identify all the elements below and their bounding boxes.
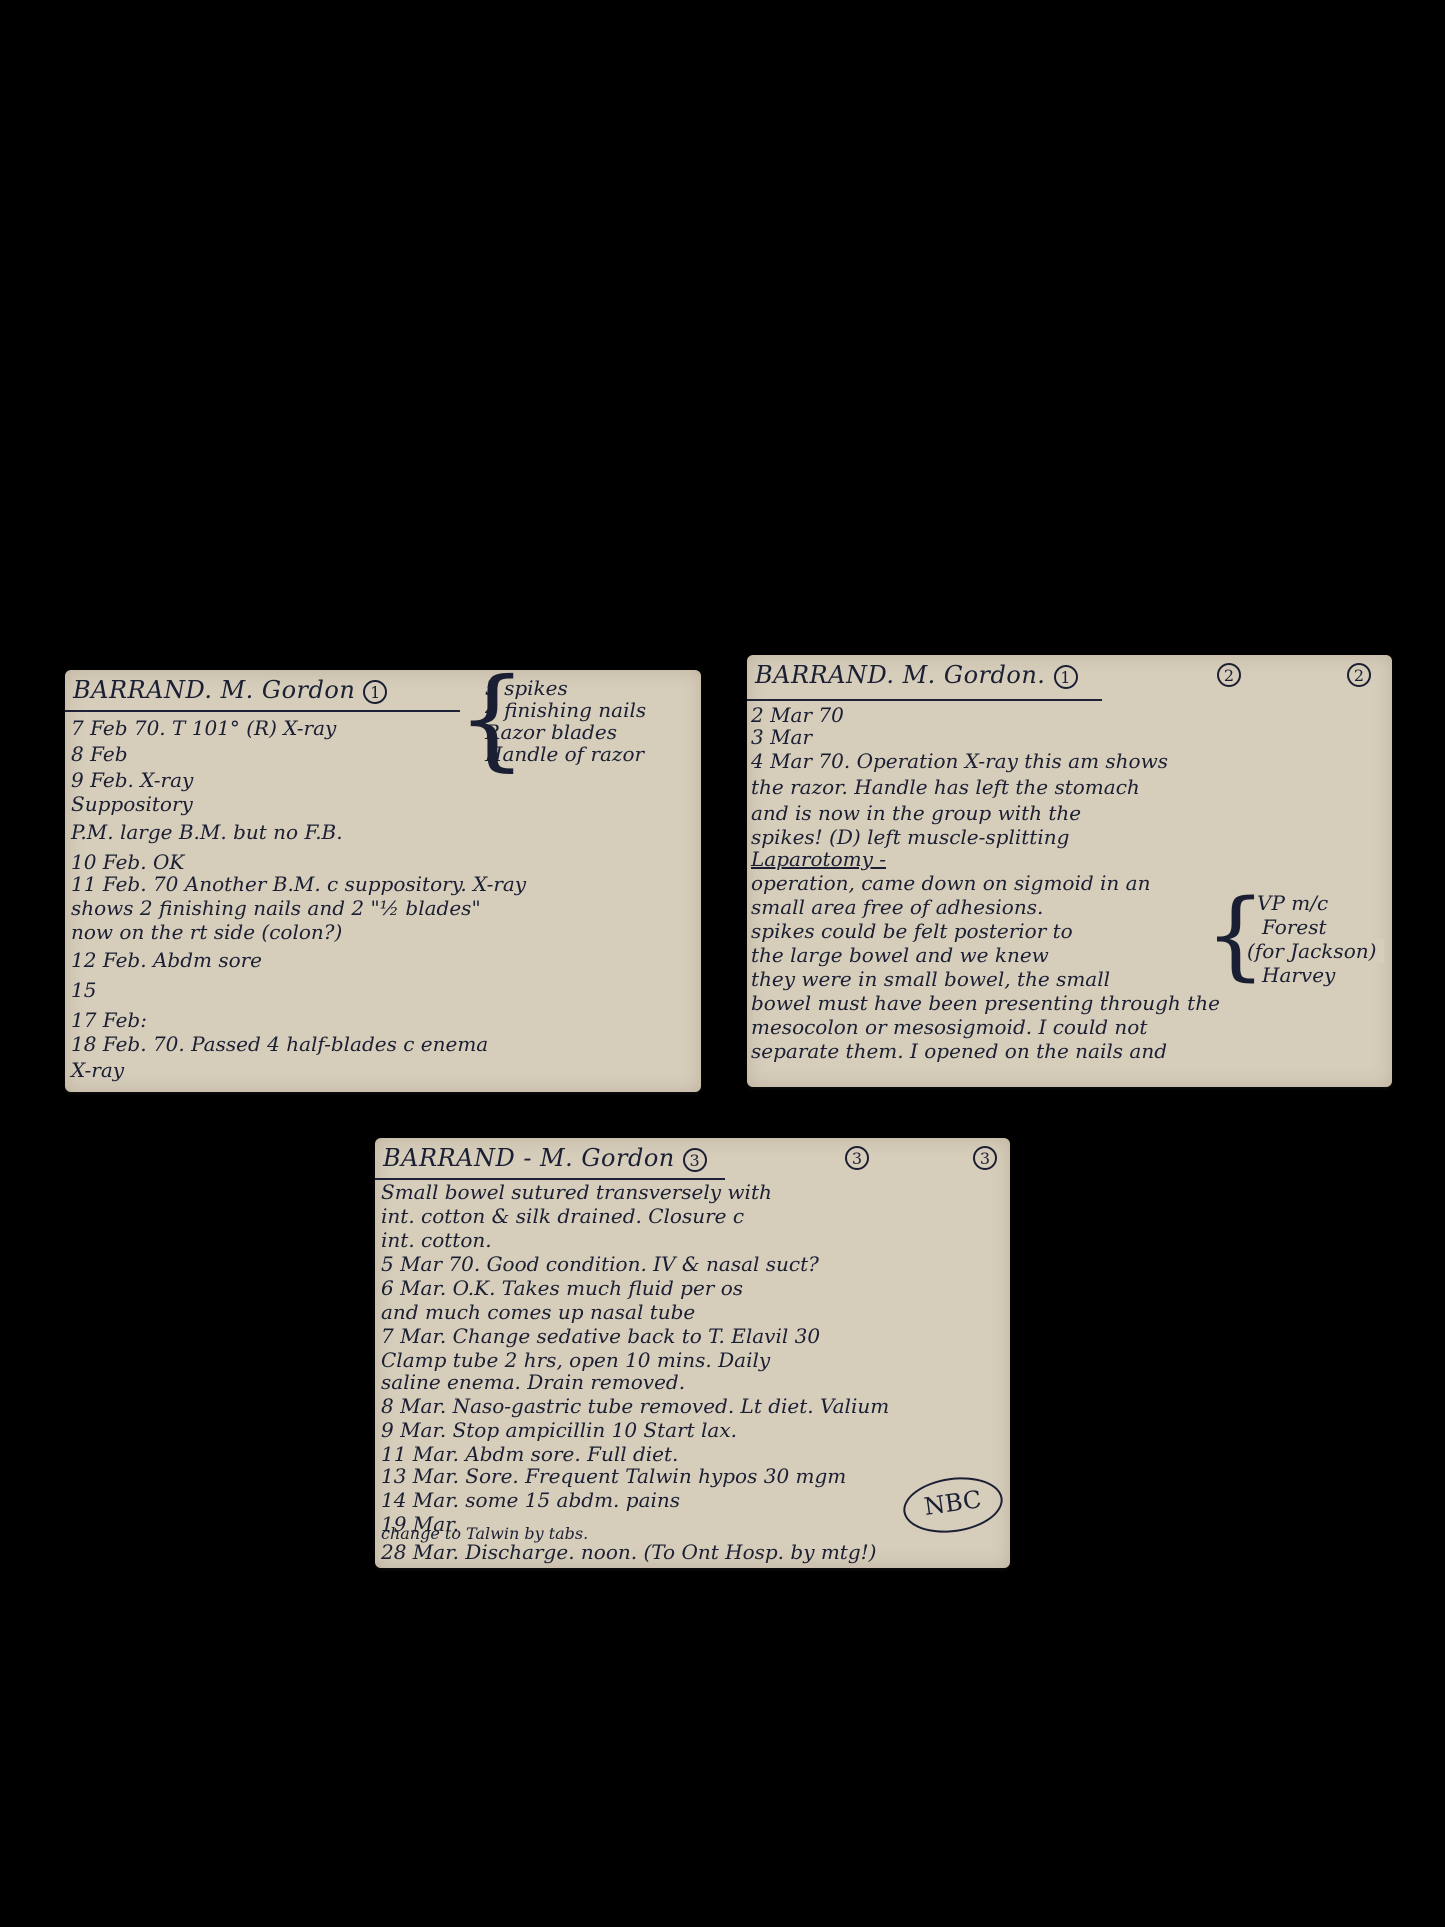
page-mark: 3 — [683, 1148, 707, 1172]
note-line: Clamp tube 2 hrs, open 10 mins. Daily — [381, 1348, 770, 1372]
note-line: bowel must have been presenting through … — [751, 991, 1220, 1015]
note-line: they were in small bowel, the small — [751, 967, 1110, 991]
note-line: 8 Mar. Naso-gastric tube removed. Lt die… — [381, 1394, 889, 1418]
note-line: 9 Mar. Stop ampicillin 10 Start lax. — [381, 1418, 737, 1442]
note-line: spikes! (D) left muscle-splitting — [751, 825, 1069, 849]
note-line: 7 Mar. Change sedative back to T. Elavil… — [381, 1324, 820, 1348]
note-line: small area free of adhesions. — [751, 895, 1043, 919]
note-line: 4 Mar 70. Operation X-ray this am shows — [751, 749, 1168, 773]
page-mark: 3 — [973, 1146, 997, 1170]
note-line: 11 Mar. Abdm sore. Full diet. — [381, 1442, 678, 1466]
note-line: 14 Mar. some 15 abdm. pains — [381, 1488, 680, 1512]
note-line: Suppository — [71, 792, 193, 816]
note-line: spikes could be felt posterior to — [751, 919, 1073, 943]
side-list-item: Handle of razor — [485, 742, 644, 766]
page-mark: 2 — [1217, 663, 1241, 687]
note-line: 10 Feb. OK — [71, 850, 184, 874]
page-mark: 3 — [845, 1146, 869, 1170]
note-line: 6 Mar. O.K. Takes much fluid per os — [381, 1276, 743, 1300]
side-list-item: 4 finishing nails — [485, 698, 646, 722]
note-line: 17 Feb: — [71, 1008, 147, 1032]
side-list-item: Harvey — [1262, 963, 1343, 987]
card-header: BARRAND - M. Gordon 3 — [383, 1144, 707, 1172]
note-line: 13 Mar. Sore. Frequent Talwin hypos 30 m… — [381, 1464, 846, 1488]
page-mark: 2 — [1347, 663, 1371, 687]
side-list-item: Forest — [1262, 915, 1335, 939]
note-line: int. cotton. — [381, 1228, 492, 1252]
note-line: 15 — [71, 978, 96, 1002]
card-header: BARRAND. M. Gordon. 1 — [755, 661, 1078, 689]
note-line: 9 Feb. X-ray — [71, 768, 193, 792]
note-line: and is now in the group with the — [751, 801, 1081, 825]
note-line: Small bowel sutured transversely with — [381, 1180, 772, 1204]
note-line: 3 Mar — [751, 725, 812, 749]
note-line: 5 Mar 70. Good condition. IV & nasal suc… — [381, 1252, 819, 1276]
note-line: mesocolon or mesosigmoid. I could not — [751, 1015, 1147, 1039]
page-mark: 1 — [363, 680, 387, 704]
patient-card-1: BARRAND. M. Gordon 1 { 5 spikes 4 finish… — [65, 670, 701, 1092]
side-list-item: (for Jackson) — [1247, 939, 1384, 963]
side-list-item: VP m/c — [1257, 891, 1336, 915]
note-line: int. cotton & silk drained. Closure c — [381, 1204, 744, 1228]
patient-name: BARRAND - M. Gordon — [383, 1144, 675, 1172]
note-line: 12 Feb. Abdm sore — [71, 948, 262, 972]
side-list-item: Razor blades — [485, 720, 617, 744]
note-line: 18 Feb. 70. Passed 4 half-blades c enema — [71, 1032, 488, 1056]
note-line: and much comes up nasal tube — [381, 1300, 695, 1324]
header-rule — [65, 710, 460, 712]
page-mark: 1 — [1054, 665, 1078, 689]
side-list-item: 5 spikes — [485, 676, 568, 700]
note-line: operation, came down on sigmoid in an — [751, 871, 1150, 895]
note-line: X-ray — [71, 1058, 124, 1082]
note-line: P.M. large B.M. but no F.B. — [71, 820, 343, 844]
card-header: BARRAND. M. Gordon 1 — [73, 676, 387, 704]
note-line: saline enema. Drain removed. — [381, 1370, 685, 1394]
note-line: 8 Feb — [71, 742, 128, 766]
note-line: 28 Mar. Discharge. noon. (To Ont Hosp. b… — [381, 1540, 877, 1564]
patient-name: BARRAND. M. Gordon. — [755, 661, 1045, 689]
patient-card-2: BARRAND. M. Gordon. 1 2 2 2 Mar 70 3 Mar… — [747, 655, 1392, 1087]
note-line: 11 Feb. 70 Another B.M. c suppository. X… — [71, 872, 526, 896]
note-line: 2 Mar 70 — [751, 703, 844, 727]
note-line: 7 Feb 70. T 101° (R) X-ray — [71, 716, 336, 740]
note-line: the large bowel and we knew — [751, 943, 1049, 967]
patient-card-3: BARRAND - M. Gordon 3 3 3 Small bowel su… — [375, 1138, 1010, 1568]
note-line: shows 2 finishing nails and 2 "½ blades" — [71, 896, 481, 920]
note-line: the razor. Handle has left the stomach — [751, 775, 1140, 799]
patient-name: BARRAND. M. Gordon — [73, 676, 355, 704]
note-line: separate them. I opened on the nails and — [751, 1039, 1167, 1063]
note-line: Laparotomy - — [751, 847, 886, 871]
note-line: now on the rt side (colon?) — [71, 920, 342, 944]
header-rule — [747, 699, 1102, 701]
nbc-stamp: NBC — [900, 1471, 1007, 1538]
